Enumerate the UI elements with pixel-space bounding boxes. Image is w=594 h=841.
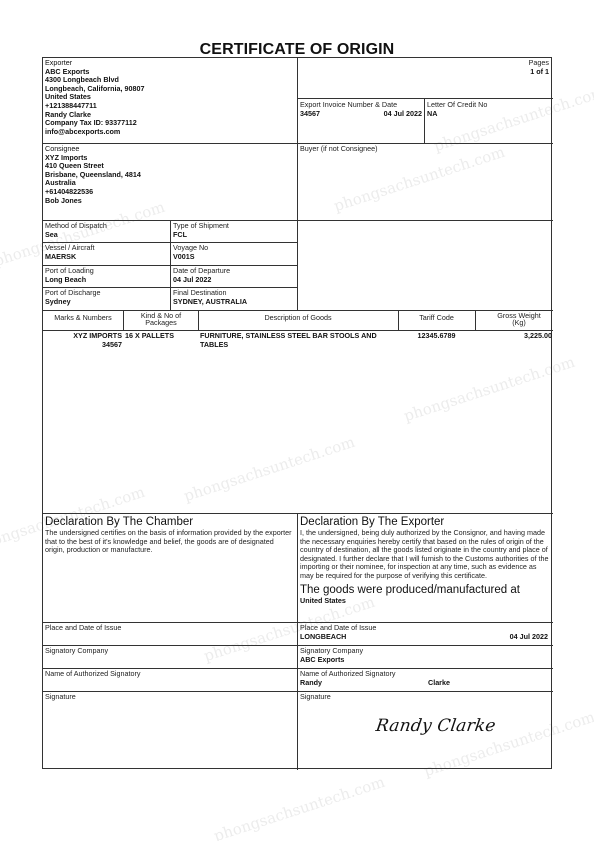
divider (43, 220, 553, 221)
invoice-number: 34567 (300, 110, 320, 119)
tariff-cell: 12345.6789 (398, 332, 475, 341)
exporter-signature-label: Signature (300, 693, 331, 702)
description-line: TABLES (200, 341, 377, 350)
final-destination-field: Final Destination SYDNEY, AUSTRALIA (173, 289, 247, 306)
consignee-line: Bob Jones (45, 197, 141, 206)
exporter-signatory-company-field: Signatory Company ABC Exports (300, 647, 363, 664)
signatory-last-name: Clarke (428, 679, 450, 688)
chamber-declaration-text: The undersigned certifies on the basis o… (45, 529, 295, 555)
pages-section: Pages 1 of 1 (529, 59, 549, 76)
column-header-description: Description of Goods (198, 314, 398, 321)
type-of-shipment-field: Type of Shipment FCL (173, 222, 229, 239)
buyer-label: Buyer (if not Consignee) (300, 145, 378, 154)
column-header-weight: Gross Weight (Kg) (495, 312, 543, 327)
invoice-section: Export Invoice Number & Date 34567 04 Ju… (300, 101, 422, 119)
divider (297, 98, 553, 99)
divider (123, 310, 124, 330)
watermark: phongsachsuntech.com (212, 773, 387, 841)
exporter-signatory-company-value: ABC Exports (300, 656, 363, 665)
divider (43, 310, 553, 311)
column-header-marks: Marks & Numbers (43, 314, 123, 321)
description-cell: FURNITURE, STAINLESS STEEL BAR STOOLS AN… (200, 332, 377, 349)
marks-line: 34567 (43, 341, 122, 350)
invoice-date: 04 Jul 2022 (384, 110, 422, 119)
chamber-signatory-company-label: Signatory Company (45, 647, 108, 656)
signatory-first-name: Randy (300, 679, 322, 688)
exporter-declaration: Declaration By The Exporter I, the under… (300, 516, 552, 605)
port-of-discharge-field: Port of Discharge Sydney (45, 289, 101, 306)
divider (297, 58, 298, 310)
method-of-dispatch-value: Sea (45, 231, 107, 240)
port-of-discharge-value: Sydney (45, 298, 101, 307)
port-of-loading-field: Port of Loading Long Beach (45, 267, 94, 284)
pages-value: 1 of 1 (529, 68, 549, 77)
vessel-field: Vessel / Aircraft MAERSK (45, 244, 95, 261)
exporter-authorized-name-field: Name of Authorized Signatory Randy Clark… (300, 670, 550, 688)
voyage-no-value: V001S (173, 253, 208, 262)
chamber-signature-label: Signature (45, 693, 76, 702)
issue-place: LONGBEACH (300, 633, 346, 642)
produced-at-value: United States (300, 597, 552, 606)
divider (475, 310, 476, 330)
divider (297, 513, 298, 770)
chamber-authorized-name-label: Name of Authorized Signatory (45, 670, 141, 679)
method-of-dispatch-field: Method of Dispatch Sea (45, 222, 107, 239)
voyage-no-field: Voyage No V001S (173, 244, 208, 261)
column-header-packages: Kind & No of Packages (131, 312, 191, 327)
letter-of-credit-value: NA (427, 110, 487, 119)
packages-cell: 16 X PALLETS (125, 332, 174, 341)
produced-at-label: The goods were produced/manufactured at (300, 584, 552, 597)
exporter-section: Exporter ABC Exports 4300 Longbeach Blvd… (45, 59, 144, 136)
port-of-loading-value: Long Beach (45, 276, 94, 285)
chamber-place-date-label: Place and Date of Issue (45, 624, 121, 633)
divider (43, 645, 553, 646)
consignee-section: Consignee XYZ Imports 410 Queen Street B… (45, 145, 141, 205)
buyer-section: Buyer (if not Consignee) (300, 145, 378, 154)
chamber-declaration: Declaration By The Chamber The undersign… (45, 516, 295, 555)
issue-date: 04 Jul 2022 (510, 633, 548, 642)
date-of-departure-field: Date of Departure 04 Jul 2022 (173, 267, 230, 284)
exporter-authorized-name-label: Name of Authorized Signatory (300, 670, 550, 679)
type-of-shipment-value: FCL (173, 231, 229, 240)
exporter-declaration-text: I, the undersigned, being duly authorize… (300, 529, 552, 581)
certificate-form: Exporter ABC Exports 4300 Longbeach Blvd… (42, 57, 552, 769)
final-destination-value: SYDNEY, AUSTRALIA (173, 298, 247, 307)
signature-image: Randy Clarke (375, 716, 497, 736)
vessel-value: MAERSK (45, 253, 95, 262)
date-of-departure-value: 04 Jul 2022 (173, 276, 230, 285)
exporter-place-date-field: Place and Date of Issue LONGBEACH 04 Jul… (300, 624, 550, 642)
divider (424, 98, 425, 143)
exporter-line: info@abcexports.com (45, 128, 144, 137)
letter-of-credit-section: Letter Of Credit No NA (427, 101, 487, 118)
divider (43, 143, 553, 144)
weight-cell: 3,225.00 (524, 332, 552, 341)
marks-cell: XYZ IMPORTS 34567 (43, 332, 122, 349)
divider (43, 691, 553, 692)
column-header-tariff: Tariff Code (398, 314, 475, 321)
divider (43, 513, 553, 514)
